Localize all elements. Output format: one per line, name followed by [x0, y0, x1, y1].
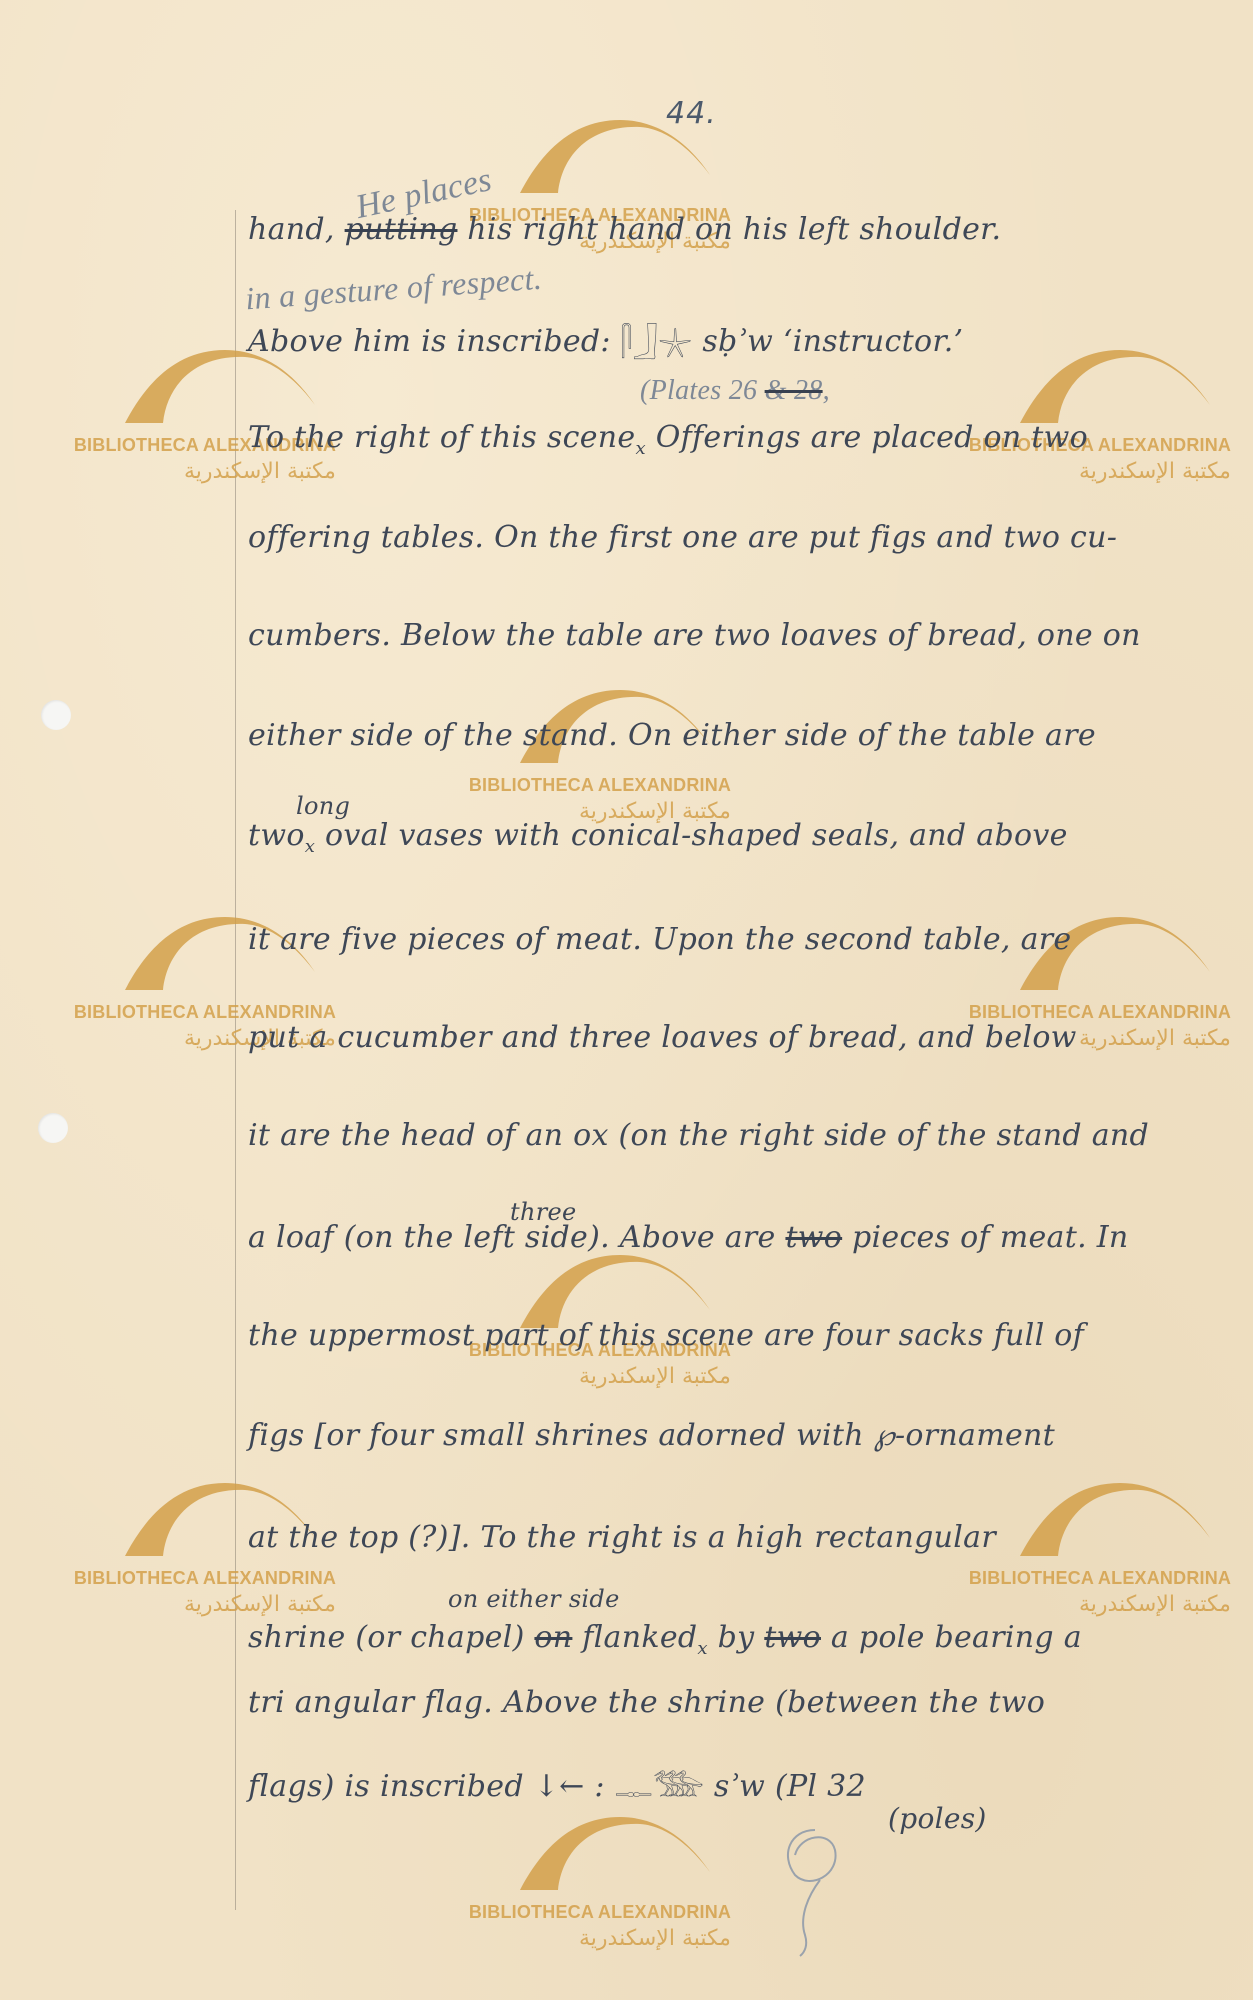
- text-line: shrine (or chapel) on flankedx by two a …: [248, 1620, 1082, 1659]
- margin-rule-line: [235, 210, 236, 1910]
- text-line: Above him is inscribed: 𓋴𓃀𓇼 sḅʾw ‘instr…: [248, 315, 963, 361]
- text-line: at the top (?)]. To the right is a high …: [248, 1520, 996, 1555]
- watermark-text-ar: مكتبة الإسكندرية: [165, 1592, 355, 1617]
- text-segment: a loaf (on the left side). Above are: [248, 1220, 785, 1255]
- text-line: the uppermost part of this scene are fou…: [248, 1318, 1084, 1353]
- text-segment: it are five pieces of meat. Upon the sec…: [248, 922, 1072, 957]
- struck-text: & 28: [765, 375, 823, 406]
- watermark-text-en: BIBLIOTHECA ALEXANDRINA: [440, 1902, 760, 1923]
- punch-hole-upper: [41, 700, 71, 730]
- watermark-text-en: BIBLIOTHECA ALEXANDRINA: [940, 1568, 1253, 1589]
- watermark-text-ar: مكتبة الإسكندرية: [560, 1364, 750, 1389]
- text-segment: at the top (?)]. To the right is a high …: [248, 1520, 996, 1555]
- hieroglyph-inscription: 𓋴𓃀𓇼: [621, 325, 693, 358]
- text-line: it are five pieces of meat. Upon the sec…: [248, 922, 1072, 957]
- text-segment: figs [or four small shrines adorned with…: [248, 1418, 1055, 1453]
- insertion-long: long: [296, 792, 350, 820]
- text-segment: in a gesture of respect.: [244, 260, 543, 317]
- text-segment: put a cucumber and three loaves of bread…: [248, 1020, 1077, 1055]
- text-segment: Offerings are placed on two: [646, 420, 1088, 455]
- text-line-pencil-insert: in a gesture of respect.: [244, 260, 543, 318]
- text-line: it are the head of an ox (on the right s…: [248, 1118, 1149, 1153]
- insertion-caret-mark: x: [305, 836, 315, 857]
- text-segment: To the right of this scene: [248, 420, 635, 455]
- watermark-arch-icon: [510, 1812, 710, 1892]
- text-line: either side of the stand. On either side…: [248, 718, 1096, 753]
- text-line: figs [or four small shrines adorned with…: [248, 1418, 1055, 1453]
- text-segment: his right hand on his left shoulder.: [457, 212, 1001, 247]
- struck-text: on: [534, 1620, 572, 1655]
- text-line: twox oval vases with conical-shaped seal…: [248, 818, 1068, 857]
- text-segment: hand,: [248, 212, 345, 247]
- struck-text: two: [785, 1220, 842, 1255]
- page-number: 44.: [666, 96, 717, 131]
- text-segment: cumbers. Below the table are two loaves …: [248, 618, 1141, 653]
- watermark-text-en: BIBLIOTHECA ALEXANDRINA: [440, 775, 760, 796]
- text-segment: pieces of meat. In: [842, 1220, 1128, 1255]
- watermark-text-en: BIBLIOTHECA ALEXANDRINA: [45, 1568, 365, 1589]
- watermark-bottom-center: BIBLIOTHECA ALEXANDRINA مكتبة الإسكندرية: [440, 1812, 760, 1962]
- watermark-text-ar: مكتبة الإسكندرية: [1060, 1026, 1250, 1051]
- punch-hole-lower: [38, 1113, 68, 1143]
- text-segment: offering tables. On the first one are pu…: [248, 520, 1117, 555]
- text-segment: sʾw (Pl 32: [704, 1769, 866, 1804]
- text-line: tri angular flag. Above the shrine (betw…: [248, 1685, 1045, 1720]
- struck-text: putting: [345, 212, 458, 247]
- text-segment: the uppermost part of this scene are fou…: [248, 1318, 1084, 1353]
- text-segment: (Plates 26: [640, 375, 765, 406]
- plates-reference-note: (Plates 26 & 28,: [640, 375, 830, 407]
- text-segment: either side of the stand. On either side…: [248, 718, 1096, 753]
- text-line: flags) is inscribed ↓← : 𓊃𓅢 sʾw (Pl 32: [248, 1760, 866, 1806]
- text-segment: Above him is inscribed:: [248, 324, 621, 359]
- text-line: cumbers. Below the table are two loaves …: [248, 618, 1141, 653]
- watermark-arch-icon: [1010, 1478, 1210, 1558]
- pencil-scribble-mark: [775, 1820, 855, 1960]
- insertion-caret-mark: x: [635, 438, 645, 459]
- text-segment: tri angular flag. Above the shrine (betw…: [248, 1685, 1045, 1720]
- text-segment: it are the head of an ox (on the right s…: [248, 1118, 1149, 1153]
- text-segment: long: [296, 792, 350, 820]
- watermark-text-ar: مكتبة الإسكندرية: [560, 1926, 750, 1951]
- hieroglyph-inscription: 𓊃𓅢: [615, 1770, 704, 1803]
- text-segment: shrine (or chapel): [248, 1620, 534, 1655]
- watermark-text-ar: مكتبة الإسكندرية: [1060, 459, 1250, 484]
- text-segment: on either side: [448, 1585, 620, 1613]
- text-segment: flags) is inscribed ↓← :: [248, 1769, 615, 1804]
- manuscript-page: BIBLIOTHECA ALEXANDRINA مكتبة الإسكندرية…: [0, 0, 1253, 2000]
- text-segment: flanked: [572, 1620, 697, 1655]
- text-segment: oval vases with conical-shaped seals, an…: [315, 818, 1067, 853]
- text-segment: two: [248, 818, 305, 853]
- insertion-on-either-side: on either side: [448, 1585, 620, 1613]
- text-line: a loaf (on the left side). Above are two…: [248, 1220, 1129, 1255]
- struck-text: two: [764, 1620, 821, 1655]
- text-line: put a cucumber and three loaves of bread…: [248, 1020, 1077, 1055]
- text-segment: ,: [823, 375, 830, 406]
- watermark-arch-icon: [1010, 345, 1210, 425]
- text-segment: a pole bearing a: [821, 1620, 1082, 1655]
- watermark-text-ar: مكتبة الإسكندرية: [1060, 1592, 1250, 1617]
- insertion-caret-mark: x: [697, 1638, 707, 1659]
- annotation-poles: (poles): [888, 1802, 987, 1835]
- watermark-center-2: BIBLIOTHECA ALEXANDRINA مكتبة الإسكندرية: [440, 685, 760, 835]
- text-line: offering tables. On the first one are pu…: [248, 520, 1117, 555]
- watermark-text-ar: مكتبة الإسكندرية: [165, 459, 355, 484]
- text-segment: by: [708, 1620, 764, 1655]
- text-line: To the right of this scenex Offerings ar…: [248, 420, 1088, 459]
- text-segment: sḅʾw ‘instructor.’: [693, 324, 964, 359]
- text-line: hand, putting his right hand on his left…: [248, 212, 1001, 247]
- text-segment: (poles): [888, 1802, 987, 1835]
